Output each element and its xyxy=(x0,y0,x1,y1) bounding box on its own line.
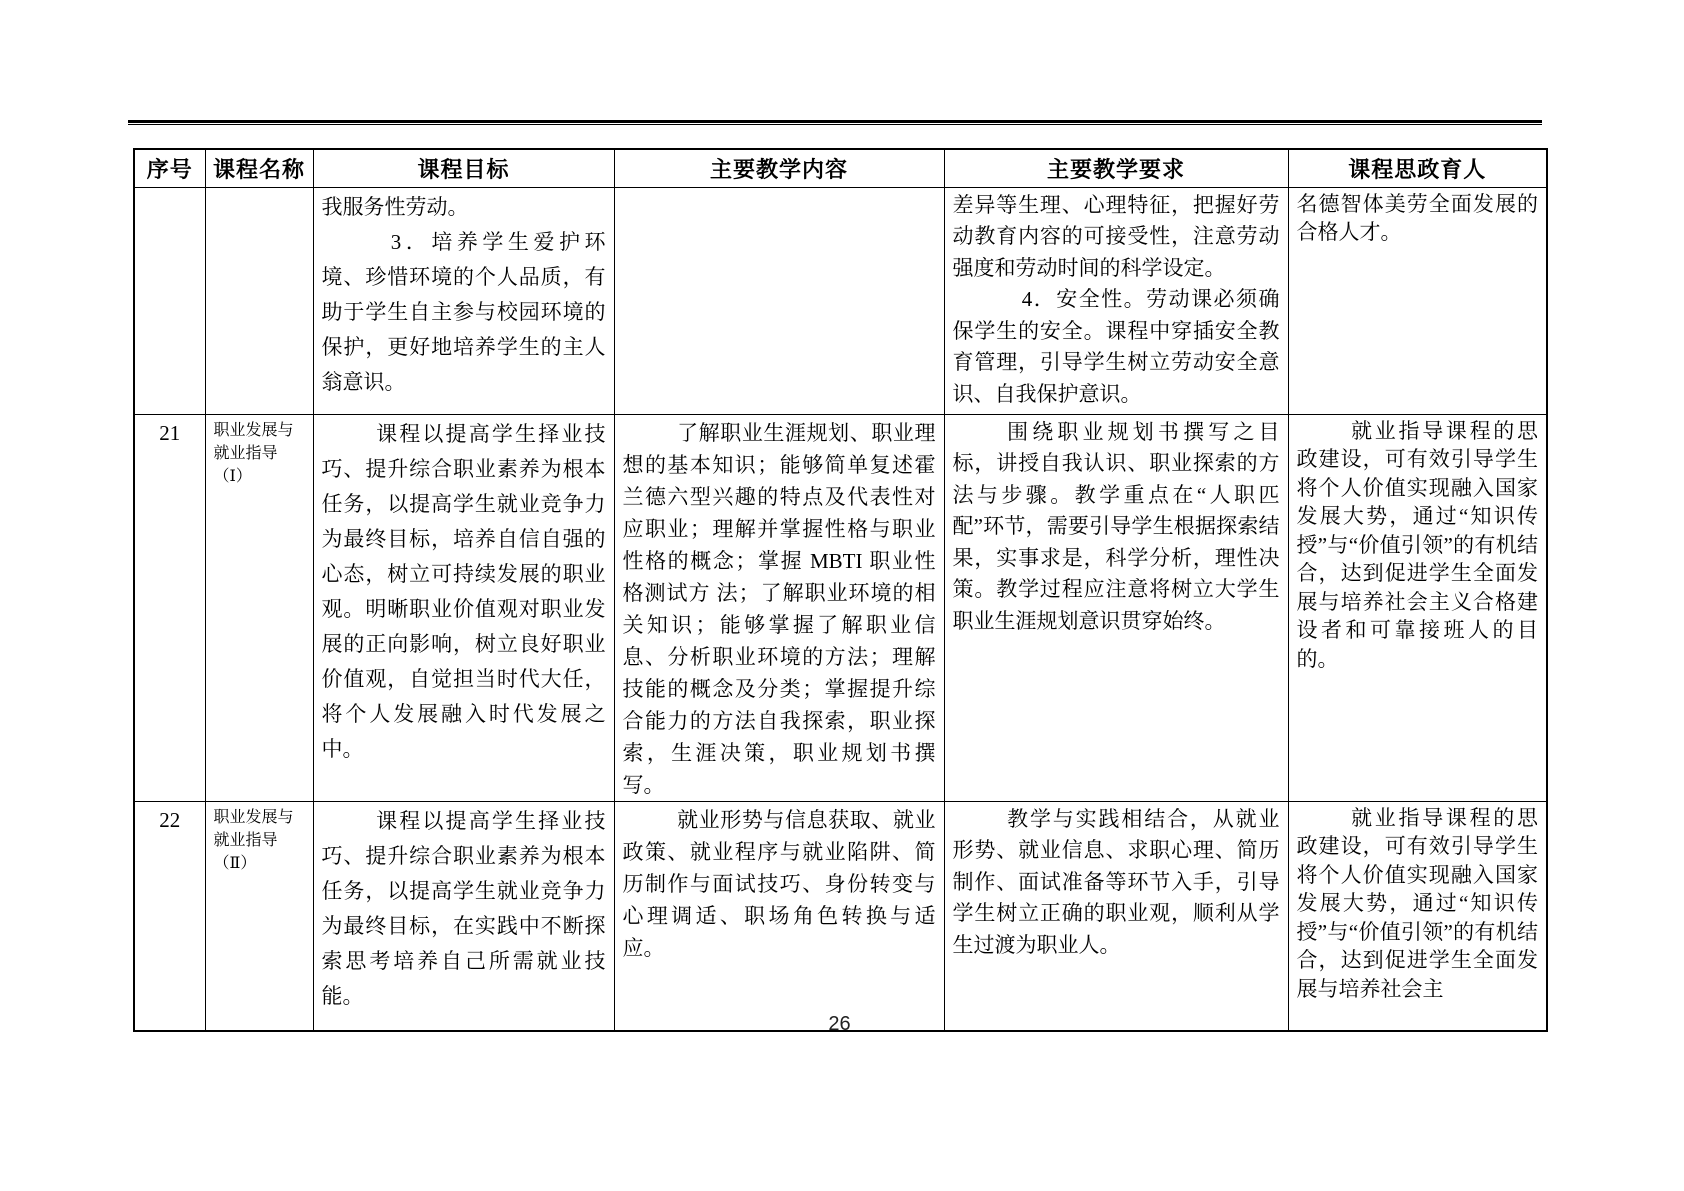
paragraph: 课程以提高学生择业技巧、提升综合职业素养为根本任务，以提高学生就业竞争力为最终目… xyxy=(322,804,606,1014)
header-seq: 序号 xyxy=(134,149,205,187)
cell-objectives: 我服务性劳动。3．培养学生爱护环境、珍惜环境的个人品质，有助于学生自主参与校园环… xyxy=(313,187,614,414)
paragraph: 围绕职业规划书撰写之目标，讲授自我认识、职业探索的方法与步骤。教学重点在“人职匹… xyxy=(953,417,1280,638)
cell-objectives: 课程以提高学生择业技巧、提升综合职业素养为根本任务，以提高学生就业竞争力为最终目… xyxy=(313,801,614,1031)
cell-content: 了解职业生涯规划、职业理想的基本知识；能够简单复述霍兰德六型兴趣的特点及代表性对… xyxy=(614,414,944,801)
page-number: 26 xyxy=(133,1013,1546,1036)
paragraph: 就业指导课程的思政建设，可有效引导学生将个人价值实现融入国家发展大势，通过“知识… xyxy=(1297,804,1539,1004)
paragraph: 4．安全性。劳动课必须确保学生的安全。课程中穿插安全教育管理，引导学生树立劳动安… xyxy=(953,284,1280,410)
cell-content: 就业形势与信息获取、就业政策、就业程序与就业陷阱、简历制作与面试技巧、身份转变与… xyxy=(614,801,944,1031)
header-ideology: 课程思政育人 xyxy=(1288,149,1547,187)
header-objectives: 课程目标 xyxy=(313,149,614,187)
cell-requirements: 围绕职业规划书撰写之目标，讲授自我认识、职业探索的方法与步骤。教学重点在“人职匹… xyxy=(944,414,1288,801)
header-requirements: 主要教学要求 xyxy=(944,149,1288,187)
table-row: 22职业发展与就业指导（Ⅱ）课程以提高学生择业技巧、提升综合职业素养为根本任务，… xyxy=(134,801,1547,1031)
cell-name: 职业发展与就业指导（Ⅱ） xyxy=(205,801,313,1031)
table-row: 我服务性劳动。3．培养学生爱护环境、珍惜环境的个人品质，有助于学生自主参与校园环… xyxy=(134,187,1547,414)
cell-ideology: 就业指导课程的思政建设，可有效引导学生将个人价值实现融入国家发展大势，通过“知识… xyxy=(1288,414,1547,801)
table-header-row: 序号 课程名称 课程目标 主要教学内容 主要教学要求 课程思政育人 xyxy=(134,149,1547,187)
cell-requirements: 差异等生理、心理特征，把握好劳动教育内容的可接受性，注意劳动强度和劳动时间的科学… xyxy=(944,187,1288,414)
course-table-rows: 我服务性劳动。3．培养学生爱护环境、珍惜环境的个人品质，有助于学生自主参与校园环… xyxy=(134,187,1547,1031)
paragraph: 课程以提高学生择业技巧、提升综合职业素养为根本任务，以提高学生就业竞争力为最终目… xyxy=(322,417,606,767)
paragraph: 我服务性劳动。 xyxy=(322,190,606,225)
paragraph: 差异等生理、心理特征，把握好劳动教育内容的可接受性，注意劳动强度和劳动时间的科学… xyxy=(953,190,1280,285)
cell-objectives: 课程以提高学生择业技巧、提升综合职业素养为根本任务，以提高学生就业竞争力为最终目… xyxy=(313,414,614,801)
cell-content xyxy=(614,187,944,414)
paragraph: 3．培养学生爱护环境、珍惜环境的个人品质，有助于学生自主参与校园环境的保护，更好… xyxy=(322,225,606,400)
cell-seq xyxy=(134,187,205,414)
paragraph: 了解职业生涯规划、职业理想的基本知识；能够简单复述霍兰德六型兴趣的特点及代表性对… xyxy=(623,417,936,801)
cell-seq: 22 xyxy=(134,801,205,1031)
header-content: 主要教学内容 xyxy=(614,149,944,187)
table-row: 21职业发展与就业指导（Ⅰ）课程以提高学生择业技巧、提升综合职业素养为根本任务，… xyxy=(134,414,1547,801)
page-header-rule xyxy=(128,120,1542,125)
paragraph: 教学与实践相结合，从就业形势、就业信息、求职心理、简历制作、面试准备等环节入手，… xyxy=(953,804,1280,962)
cell-name: 职业发展与就业指导（Ⅰ） xyxy=(205,414,313,801)
cell-name xyxy=(205,187,313,414)
paragraph: 就业形势与信息获取、就业政策、就业程序与就业陷阱、简历制作与面试技巧、身份转变与… xyxy=(623,804,936,964)
paragraph: 就业指导课程的思政建设，可有效引导学生将个人价值实现融入国家发展大势，通过“知识… xyxy=(1297,417,1539,674)
course-table: 序号 课程名称 课程目标 主要教学内容 主要教学要求 课程思政育人 我服务性劳动… xyxy=(133,148,1548,1032)
cell-ideology: 名德智体美劳全面发展的合格人才。 xyxy=(1288,187,1547,414)
cell-requirements: 教学与实践相结合，从就业形势、就业信息、求职心理、简历制作、面试准备等环节入手，… xyxy=(944,801,1288,1031)
cell-ideology: 就业指导课程的思政建设，可有效引导学生将个人价值实现融入国家发展大势，通过“知识… xyxy=(1288,801,1547,1031)
header-course-name: 课程名称 xyxy=(205,149,313,187)
cell-seq: 21 xyxy=(134,414,205,801)
paragraph: 名德智体美劳全面发展的合格人才。 xyxy=(1297,190,1539,247)
